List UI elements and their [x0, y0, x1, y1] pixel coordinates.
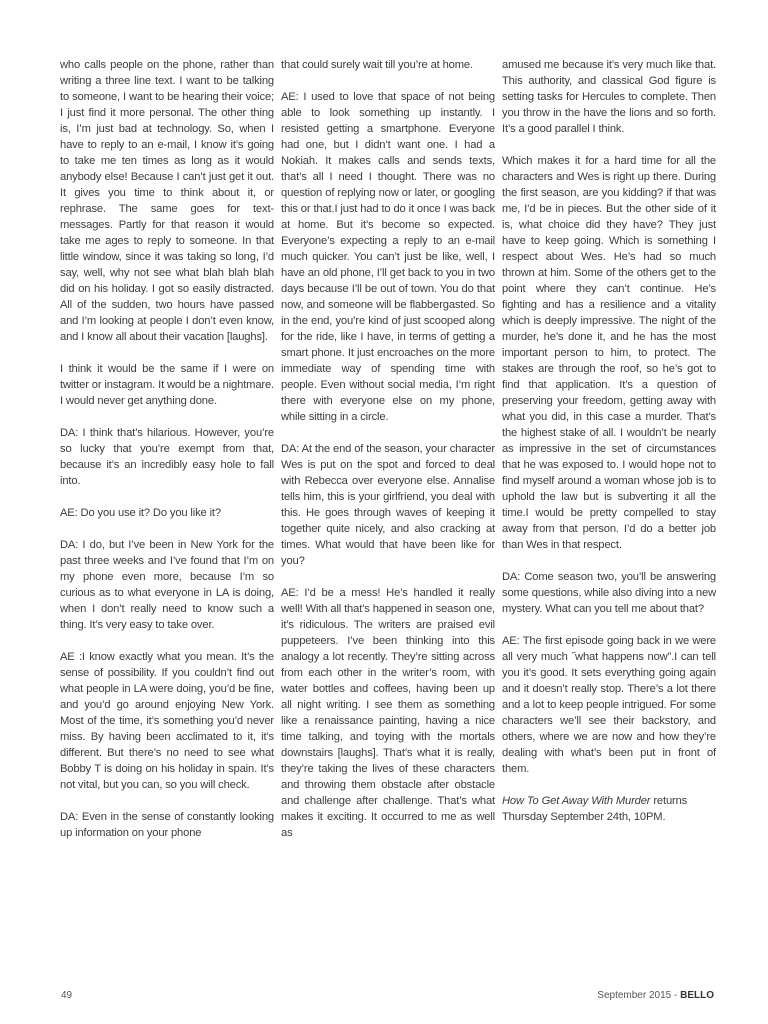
magazine-name: BELLO [680, 990, 714, 1001]
magazine-page: who calls people on the phone, rather th… [0, 0, 768, 1024]
paragraph: DA: Even in the sense of constantly look… [60, 809, 274, 841]
paragraph: AE: I used to love that space of not bei… [281, 89, 495, 425]
paragraph: DA: I think that’s hilarious. However, y… [60, 425, 274, 489]
paragraph: AE :I know exactly what you mean. It’s t… [60, 649, 274, 793]
closing-note: How To Get Away With Murder returns Thur… [502, 793, 716, 825]
issue-date: September 2015 - [597, 990, 680, 1001]
paragraph: AE: I’d be a mess! He’s handled it reall… [281, 585, 495, 841]
paragraph: amused me because it’s very much like th… [502, 57, 716, 137]
paragraph: AE: The first episode going back in we w… [502, 633, 716, 777]
paragraph: AE: Do you use it? Do you like it? [60, 505, 274, 521]
text-column-3: amused me because it’s very much like th… [502, 57, 716, 841]
issue-footer: September 2015 - BELLO [597, 990, 714, 1001]
paragraph: Which makes it for a hard time for all t… [502, 153, 716, 553]
paragraph: who calls people on the phone, rather th… [60, 57, 274, 345]
text-column-1: who calls people on the phone, rather th… [60, 57, 274, 857]
text-column-2: that could surely wait till you’re at ho… [281, 57, 495, 857]
show-title: How To Get Away With Murder [502, 795, 650, 807]
page-number: 49 [61, 990, 72, 1001]
paragraph: I think it would be the same if I were o… [60, 361, 274, 409]
paragraph: DA: Come season two, you’ll be answering… [502, 569, 716, 617]
paragraph: DA: I do, but I’ve been in New York for … [60, 537, 274, 633]
paragraph: DA: At the end of the season, your chara… [281, 441, 495, 569]
paragraph: that could surely wait till you’re at ho… [281, 57, 495, 73]
